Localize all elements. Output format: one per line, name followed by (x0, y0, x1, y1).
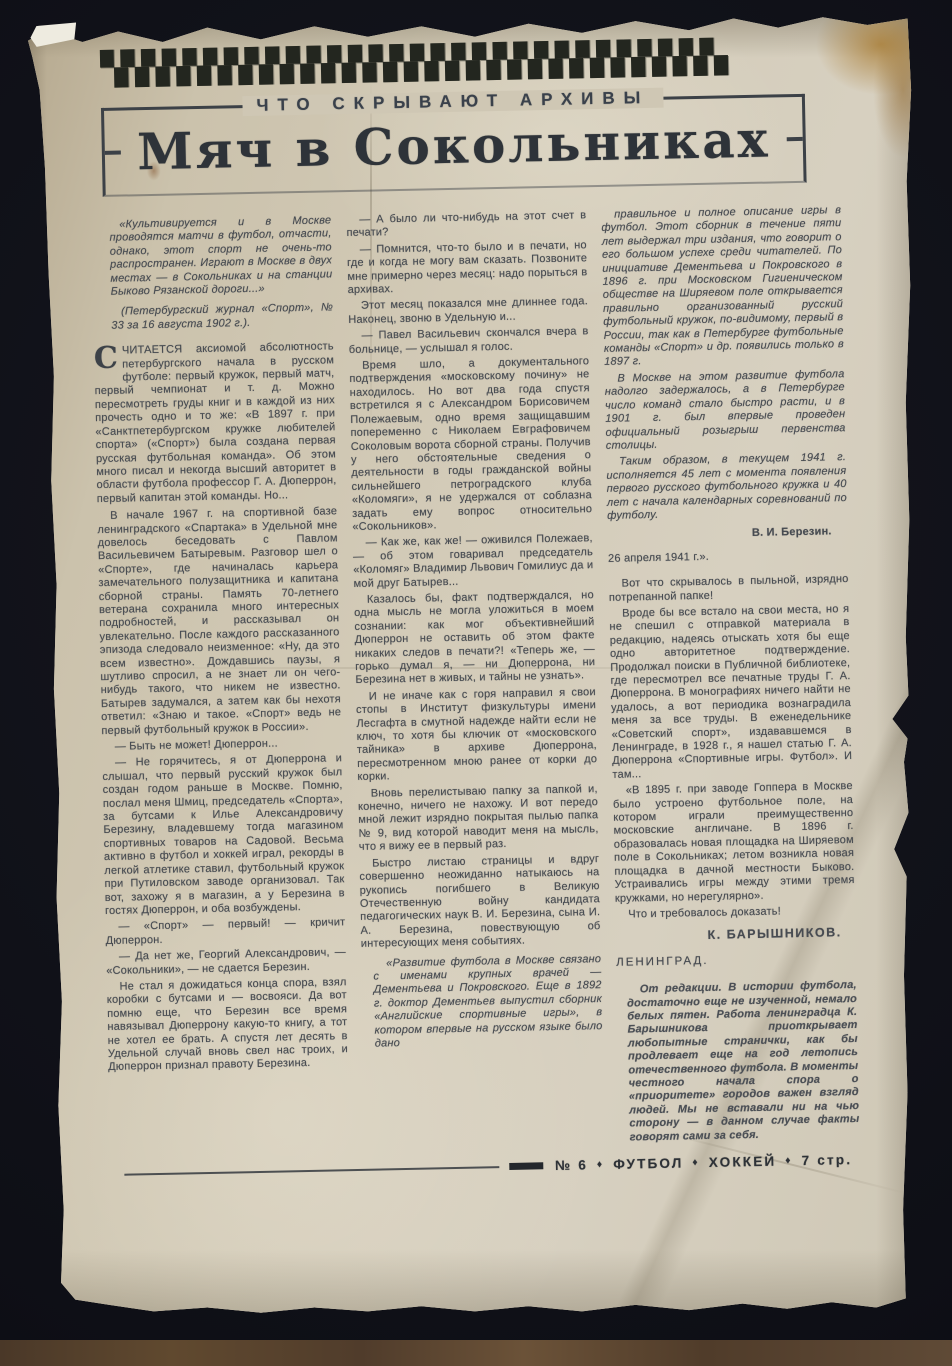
quoted-manuscript: правильное и полное описание игры в футб… (601, 204, 844, 370)
diamond-separator-icon: ♦ (692, 1157, 700, 1168)
quoted-manuscript: Таким образом, в текущем 1941 г. исполня… (606, 451, 847, 523)
paragraph: — Да нет же, Георгий Александрович, — «С… (106, 946, 346, 978)
publication-title-football: ФУТБОЛ (613, 1155, 683, 1171)
quote-date: 26 апреля 1941 г.». (608, 548, 848, 566)
lead-paragraph: СЧИТАЕТСЯ аксиомой абсолютность петербур… (94, 341, 337, 507)
wood-table-edge (0, 1340, 952, 1366)
epigraph-source: (Петербургский журнал «Спорт», № 33 за 1… (111, 302, 333, 333)
page-content: ▚▚▚▚▚▚▚▚▚▚▚▚▚▚▚▚▚▚▚▚▚▚▚▚▚▚▚▚▚▚ ЧТО СКРЫВ… (88, 35, 863, 1182)
paragraph: Вновь перелистываю папку за папкой и, ко… (358, 783, 599, 855)
article-column-2: — А было ли что-нибудь на этот счет в пе… (346, 209, 605, 1150)
author-city: ЛЕНИНГРАД. (616, 952, 856, 970)
drop-cap: С (94, 345, 123, 373)
paragraph: — Не горячитесь, я от Дюперрона и слышал… (102, 753, 345, 919)
headline-box: ЧТО СКРЫВАЮТ АРХИВЫ Мяч в Сокольниках (101, 94, 807, 197)
paragraph: Время шло, а документального подтвержден… (349, 355, 592, 534)
paragraph: Быстро листаю страницы и вдруг совершенн… (359, 853, 601, 952)
paragraph: Что и требовалось доказать! (615, 904, 855, 922)
diamond-separator-icon: ♦ (785, 1155, 793, 1166)
paragraph: В начале 1967 г. на спортивной базе лени… (97, 505, 342, 738)
issue-number: № 6 (555, 1157, 588, 1173)
article-column-3: правильное и полное описание игры в футб… (601, 204, 860, 1145)
paragraph: — Быть не может! Дюперрон... (102, 736, 342, 754)
publication-title-hockey: ХОККЕЙ (709, 1154, 777, 1170)
paragraph: — Павел Васильевич скончался вчера в бол… (348, 325, 588, 357)
headline-dash-right (786, 137, 802, 141)
author-signature: К. БАРЫШНИКОВ. (616, 927, 842, 945)
diamond-separator-icon: ♦ (597, 1159, 605, 1170)
footer-rule (124, 1166, 499, 1176)
quoted-manuscript: В Москве на этом развитие футбола надолг… (604, 368, 846, 453)
quote-author-signature: В. И. Березин. (608, 525, 848, 543)
paragraph: ЧИТАЕТСЯ аксиомой абсолютность петербург… (95, 341, 337, 505)
paragraph: — Как же, как же! — оживился Полежаев, —… (353, 533, 594, 591)
paragraph: Вот что скрывалось в пыльной, изрядно по… (608, 573, 848, 605)
paragraph: Не стал я дожидаться конца спора, взял к… (106, 976, 348, 1075)
paragraph: Этот месяц показался мне длиннее года. Н… (348, 296, 588, 328)
quoted-manuscript: «Развитие футбола в Москве связано с име… (373, 953, 603, 1051)
page-number: 7 стр. (802, 1152, 853, 1168)
paragraph: «В 1895 г. при заводе Гоппера в Москве б… (613, 780, 855, 905)
article-column-1: «Культивируется и в Москве проводятся ма… (91, 214, 350, 1155)
paragraph: И не иначе как с горя направил я свои ст… (356, 686, 598, 785)
epigraph: «Культивируется и в Москве проводятся ма… (109, 214, 333, 299)
paragraph: — «Спорт» — первый! — кричит Дюперрон. (105, 917, 345, 949)
paragraph: — Помнится, что-то было и в печати, но г… (347, 239, 588, 297)
paragraph: — А было ли что-нибудь на этот счет в пе… (346, 209, 586, 241)
paragraph: Казалось бы, факт подтверждался, но одна… (354, 589, 596, 688)
page-title: Мяч в Сокольниках (137, 115, 771, 178)
headline-dash-left (105, 151, 121, 155)
editor-note: От редакции. В истории футбола, достаточ… (627, 979, 860, 1144)
paragraph: Вроде бы все встало на свои места, но я … (609, 603, 852, 782)
article-body: «Культивируется и в Москве проводятся ма… (91, 204, 862, 1155)
footer-thick-rule (509, 1162, 543, 1170)
